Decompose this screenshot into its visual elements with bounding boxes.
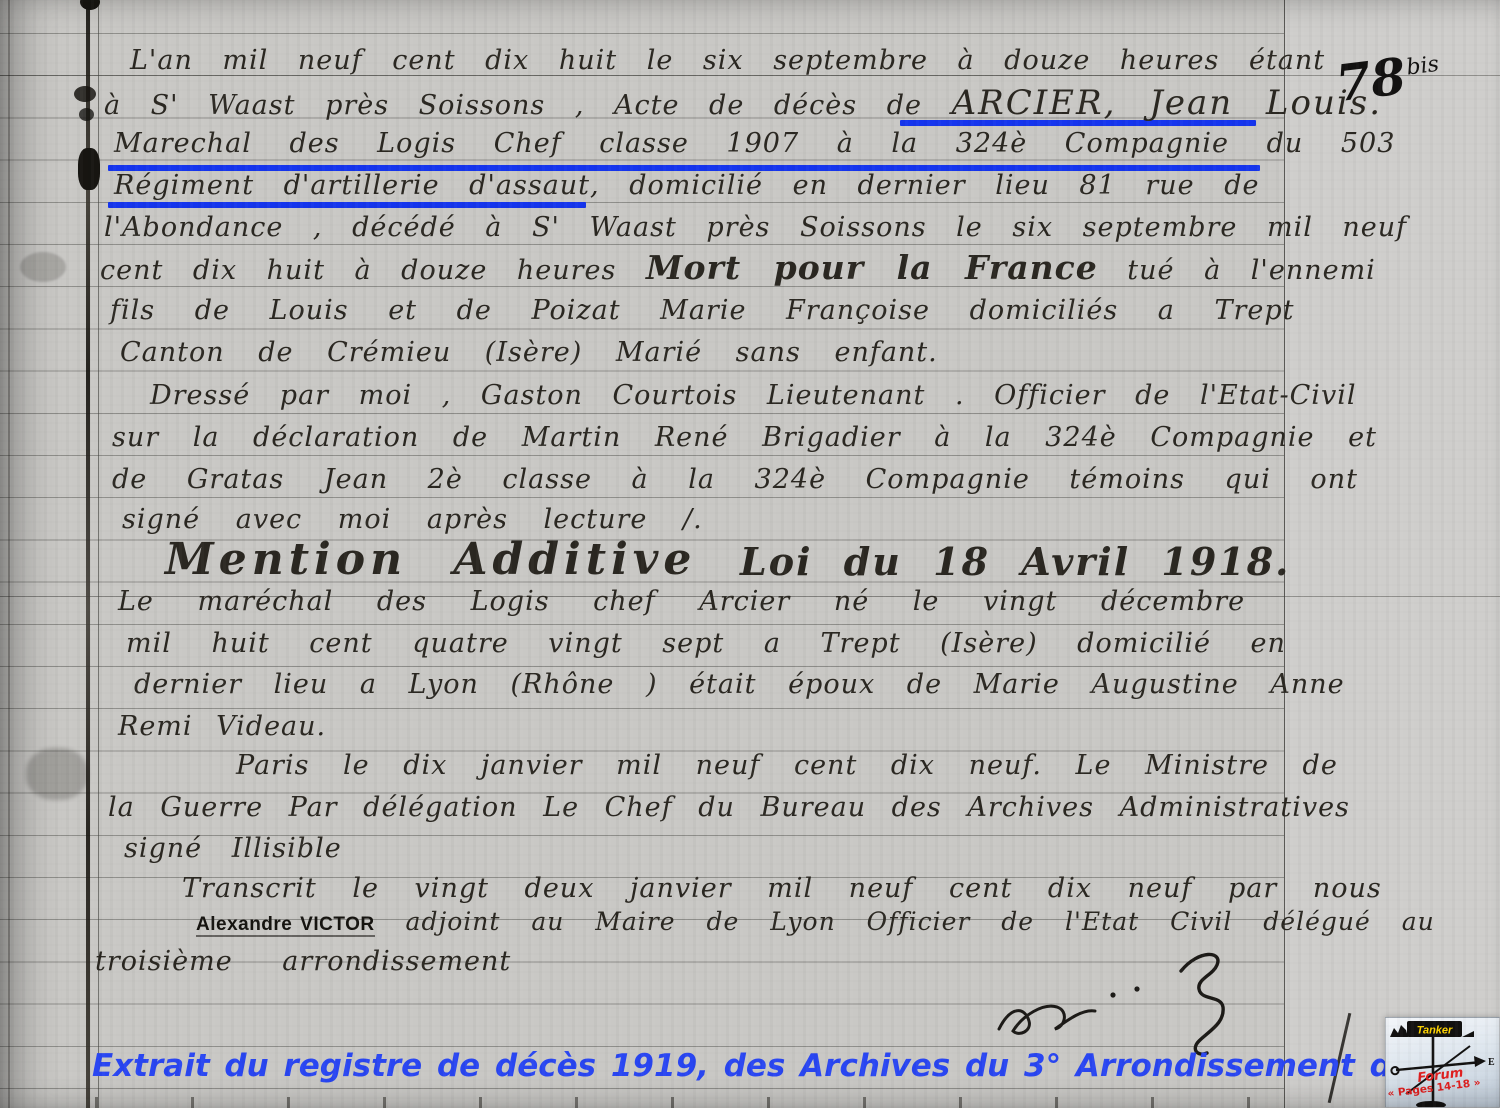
act-line: domicilié en dernier lieu 81 rue de	[629, 170, 1259, 201]
mention-line: adjoint au Maire de Lyon Officier de l'E…	[406, 907, 1435, 936]
act-line: tué à l'ennemi	[1127, 255, 1376, 286]
act-line: Dressé par moi , Gaston Courtois Lieuten…	[150, 379, 1356, 413]
weathervane-tank-icon: Tanker E Forum « Pages 14-18 »	[1386, 1018, 1499, 1107]
page-edge-line	[8, 0, 10, 1108]
act-line: à S' Waast près Soissons , Acte de décès…	[104, 90, 922, 121]
regiment-underlined: Régiment d'artillerie d'assaut,	[114, 170, 600, 201]
act-line: fils de Louis et de Poizat Marie Françoi…	[110, 294, 1295, 328]
act-line: cent dix huit à douze heures	[100, 255, 616, 286]
mention-line: la Guerre Par délégation Le Chef du Bure…	[108, 791, 1350, 825]
smudge	[26, 748, 88, 800]
logo-title: Tanker	[1417, 1025, 1453, 1037]
mention-line: Remi Videau.	[118, 710, 326, 744]
page-number: 78bis	[1333, 42, 1443, 113]
ink-blot	[78, 148, 100, 190]
mention-line: mil huit cent quatre vingt sept a Trept …	[126, 627, 1286, 661]
scanned-death-register-page: L'an mil neuf cent dix huit le six septe…	[0, 0, 1500, 1108]
act-line: de Gratas Jean 2è classe à la 324è Compa…	[112, 463, 1358, 497]
mention-line: signé Illisible	[124, 832, 342, 866]
mention-line: troisième arrondissement	[95, 945, 511, 979]
mention-line: dernier lieu a Lyon (Rhône ) était époux…	[134, 668, 1345, 702]
mention-line: Paris le dix janvier mil neuf cent dix n…	[236, 749, 1338, 783]
official-name-stamp: Alexandre VICTOR	[196, 914, 375, 937]
mort-pour-la-france: Mort pour la France	[646, 248, 1098, 287]
smudge	[20, 252, 66, 282]
mention-line: Transcrit le vingt deux janvier mil neuf…	[182, 872, 1382, 906]
archive-caption: Extrait du registre de décès 1919, des A…	[92, 1048, 1322, 1084]
act-line: sur la déclaration de Martin René Brigad…	[112, 421, 1377, 455]
page-number-suffix: bis	[1405, 52, 1440, 81]
act-line: l'Abondance , décédé à S' Waast près Soi…	[104, 211, 1407, 245]
cutoff-text-marks	[95, 1097, 1255, 1108]
ink-blot	[74, 86, 96, 102]
blue-underline-regiment	[108, 202, 586, 208]
act-line: Marechal des Logis Chef classe 1907 à la…	[114, 127, 1395, 161]
ink-blot	[80, 0, 100, 10]
act-line: Canton de Crémieu (Isère) Marié sans enf…	[120, 336, 938, 370]
page-number-main: 78	[1333, 46, 1409, 113]
logo-east-letter: E	[1488, 1057, 1495, 1068]
act-line: L'an mil neuf cent dix huit le six septe…	[130, 44, 1325, 78]
mention-line: Le maréchal des Logis chef Arcier né le …	[118, 585, 1245, 619]
ink-blot	[79, 108, 94, 121]
mention-law-date: Loi du 18 Avril 1918.	[740, 538, 1290, 586]
tanker-forum-logo: Tanker E Forum « Pages 14-18 »	[1385, 1017, 1500, 1108]
right-margin	[1284, 0, 1500, 1108]
signature	[985, 945, 1255, 1060]
deceased-name: ARCIER, Jean Louis.	[952, 83, 1382, 123]
mention-heading: Mention Additive	[165, 532, 696, 587]
